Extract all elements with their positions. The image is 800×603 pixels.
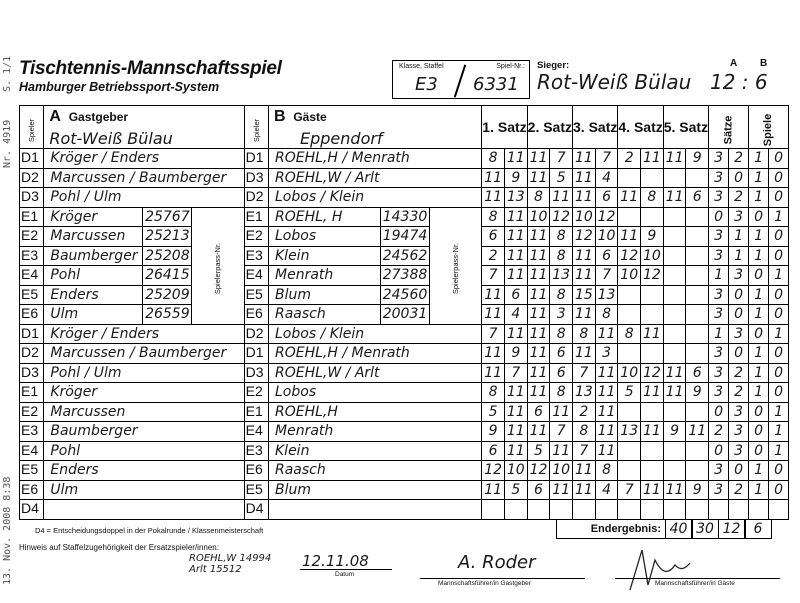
player-code-a: E1 — [20, 383, 44, 403]
score-b-satz-1 — [504, 500, 527, 520]
score-b-satz-3: 11 — [595, 324, 618, 344]
score-a-satz-3: 11 — [573, 305, 596, 325]
spiele-a: 0 — [749, 324, 769, 344]
score-a-satz-1: 7 — [482, 324, 505, 344]
player-b-name: ROEHL, H — [269, 207, 381, 227]
saetze-b: 3 — [729, 207, 749, 227]
spiele-a: 1 — [749, 305, 769, 325]
spiele-b: 1 — [769, 207, 789, 227]
saetze-a: 2 — [709, 422, 729, 442]
score-b-satz-1: 5 — [504, 480, 527, 500]
satz-3-header: 3. Satz — [573, 106, 618, 149]
singles-row: E1Kröger25767Spielerpass-Nr.E1ROEHL, H14… — [20, 207, 789, 227]
player-b-name: Lobos — [269, 227, 381, 247]
player-a-name: Marcussen — [44, 227, 143, 247]
player-code-b: E1 — [244, 402, 268, 422]
score-a-satz-2: 5 — [527, 441, 550, 461]
spiele-b: 0 — [769, 344, 789, 364]
score-a-satz-1: 7 — [482, 266, 505, 286]
end-spiele-b: 6 — [744, 519, 772, 539]
saetze-a: 3 — [709, 480, 729, 500]
score-a-satz-4 — [618, 344, 641, 364]
score-b-satz-1: 13 — [504, 188, 527, 208]
score-b-satz-4 — [641, 402, 664, 422]
player-code-a: D3 — [20, 188, 44, 208]
doubles-row: D3Pohl / UlmD2Lobos / Klein1113811116118… — [20, 188, 789, 208]
match-row: E5EndersE6Raasch121012101183010 — [20, 461, 789, 481]
player-b-pass: 27388 — [381, 266, 430, 286]
spiele-b: 0 — [769, 285, 789, 305]
spiele-b: 0 — [769, 246, 789, 266]
score-a-satz-1: 11 — [482, 344, 505, 364]
saetze-a: 3 — [709, 188, 729, 208]
match-row: D3Pohl / UlmD3ROEHL,W / Arlt117116711101… — [20, 363, 789, 383]
player-a-name: Marcussen / Baumberger — [44, 168, 244, 188]
player-b-name: Lobos — [269, 383, 482, 403]
player-a-name: Ulm — [44, 480, 244, 500]
spiele-a: 0 — [749, 207, 769, 227]
player-code-a: D2 — [20, 168, 44, 188]
score-a-satz-1: 6 — [482, 227, 505, 247]
score-b-satz-4: 10 — [641, 246, 664, 266]
score-b-satz-2: 11 — [550, 480, 573, 500]
score-a-satz-2: 8 — [527, 188, 550, 208]
score-b-satz-4 — [641, 461, 664, 481]
score-b-satz-5 — [686, 285, 709, 305]
datum-value: 12.11.08 — [302, 552, 369, 570]
score-b-satz-2: 3 — [550, 305, 573, 325]
score-a-satz-5: 11 — [663, 383, 686, 403]
spiele-a: 1 — [749, 480, 769, 500]
score-b-satz-5: 11 — [686, 422, 709, 442]
player-a-pass: 25209 — [143, 285, 192, 305]
singles-row: E4Pohl26415E4Menrath27388711111311710121… — [20, 266, 789, 286]
player-code-b: D1 — [244, 149, 268, 169]
player-b-pass: 24562 — [381, 246, 430, 266]
player-code-b: E4 — [244, 422, 268, 442]
saetze-b: 2 — [729, 149, 749, 169]
score-b-satz-1: 11 — [504, 402, 527, 422]
spiele-b: 0 — [769, 305, 789, 325]
saetze-a — [709, 500, 729, 520]
spielnr-value: 6331 — [473, 74, 519, 95]
score-a-satz-5 — [663, 285, 686, 305]
score-a-satz-4 — [618, 168, 641, 188]
score-b-satz-2: 11 — [550, 402, 573, 422]
spiele-a: 0 — [749, 441, 769, 461]
doubles-row: D1Kröger / EndersD1ROEHL,H / Menrath8111… — [20, 149, 789, 169]
match-row: D2Marcussen / BaumbergerD1ROEHL,H / Menr… — [20, 344, 789, 364]
endergebnis-label: Endergebnis: — [556, 519, 666, 539]
score-b-satz-1: 11 — [504, 441, 527, 461]
saetze-a: 0 — [709, 441, 729, 461]
player-a-pass: 25767 — [143, 207, 192, 227]
ersatz-player-2: Arlt 15512 — [189, 564, 271, 575]
player-b-name: Lobos / Klein — [269, 188, 482, 208]
score-b-satz-3: 4 — [595, 480, 618, 500]
team-b-header: B Gäste Eppendorf — [269, 106, 482, 149]
score-b-satz-4 — [641, 344, 664, 364]
spiele-b: 0 — [769, 227, 789, 247]
score-a-satz-5 — [663, 168, 686, 188]
score-a-satz-4: 11 — [618, 188, 641, 208]
player-code-a: E1 — [20, 207, 44, 227]
score-a-satz-5 — [663, 402, 686, 422]
ersatz-player-1: ROEHL,W 14994 — [189, 553, 271, 564]
player-b-name: Klein — [269, 246, 381, 266]
score-a-satz-1: 12 — [482, 461, 505, 481]
score-a-satz-1: 6 — [482, 441, 505, 461]
match-row: E6UlmE5Blum1156111147111193210 — [20, 480, 789, 500]
score-a-satz-3: 11 — [573, 246, 596, 266]
score-b-satz-3: 6 — [595, 246, 618, 266]
saetze-b: 0 — [729, 305, 749, 325]
endergebnis-box: Endergebnis: 40 30 12 6 — [556, 519, 779, 539]
score-a-satz-5 — [663, 441, 686, 461]
score-a-satz-5: 11 — [663, 363, 686, 383]
score-b-satz-3: 7 — [595, 149, 618, 169]
player-b-name: ROEHL,H / Menrath — [269, 344, 482, 364]
player-b-name: Menrath — [269, 422, 482, 442]
player-a-name: Baumberger — [44, 422, 244, 442]
score-b-satz-4 — [641, 207, 664, 227]
score-b-satz-2: 13 — [550, 266, 573, 286]
fax-datetime-stamp: 13. Nov. 2008 8:38 — [2, 477, 13, 585]
match-row: E4PohlE3Klein6115117110301 — [20, 441, 789, 461]
score-b-satz-1: 11 — [504, 266, 527, 286]
spiele-b: 0 — [769, 363, 789, 383]
spiele-a: 1 — [749, 461, 769, 481]
player-b-name: ROEHL,H — [269, 402, 482, 422]
score-b-satz-2: 7 — [550, 149, 573, 169]
score-a-satz-3: 12 — [573, 227, 596, 247]
spiele-b: 1 — [769, 324, 789, 344]
col-a-label: A — [730, 58, 737, 69]
form-title: Tischtennis-Mannschaftsspiel — [19, 58, 282, 80]
player-b-pass: 19474 — [381, 227, 430, 247]
score-a-satz-4: 5 — [618, 383, 641, 403]
spiele-a: 0 — [749, 422, 769, 442]
score-a-satz-3: 11 — [573, 168, 596, 188]
score-a-satz-1: 11 — [482, 480, 505, 500]
score-b-satz-5 — [686, 441, 709, 461]
saetze-b: 2 — [729, 480, 749, 500]
pass-label-a: Spielerpass-Nr. — [192, 207, 244, 324]
score-b-satz-3: 11 — [595, 383, 618, 403]
score-a-satz-3: 11 — [573, 149, 596, 169]
spiele-a — [749, 500, 769, 520]
score-b-satz-3: 12 — [595, 207, 618, 227]
player-b-name: Raasch — [269, 461, 482, 481]
score-a-satz-5 — [663, 227, 686, 247]
score-b-satz-3: 11 — [595, 441, 618, 461]
player-code-b: D2 — [244, 188, 268, 208]
player-b-pass: 24560 — [381, 285, 430, 305]
col-b-label: B — [760, 58, 767, 69]
spielnr-label: Spiel-Nr.: — [496, 63, 525, 70]
score-a-satz-3: 8 — [573, 422, 596, 442]
player-code-b: E6 — [244, 461, 268, 481]
sieger-value: Rot-Weiß Bülau — [537, 70, 691, 94]
host-signature-label: Mannschaftsführer/in Gastgeber — [438, 580, 531, 587]
player-code-b: E2 — [244, 383, 268, 403]
header-row: Spieler A Gastgeber Rot-Weiß Bülau Spiel… — [20, 106, 789, 149]
guest-signature-label: Mannschaftsführer/in Gäste — [655, 580, 735, 587]
score-b-satz-4 — [641, 285, 664, 305]
score-b-satz-3: 4 — [595, 168, 618, 188]
score-b-satz-5 — [686, 500, 709, 520]
score-b-satz-5 — [686, 207, 709, 227]
spiele-a: 1 — [749, 168, 769, 188]
score-a-satz-1: 11 — [482, 168, 505, 188]
score-b-satz-2: 8 — [550, 383, 573, 403]
match-row: E3BaumbergerE4Menrath9111178111311911230… — [20, 422, 789, 442]
score-a-satz-1: 2 — [482, 246, 505, 266]
score-a-satz-1: 11 — [482, 188, 505, 208]
score-a-satz-2: 11 — [527, 149, 550, 169]
spiele-a: 1 — [749, 227, 769, 247]
score-b-satz-2: 8 — [550, 285, 573, 305]
saetze-b — [729, 500, 749, 520]
score-b-satz-3: 13 — [595, 285, 618, 305]
saetze-a: 3 — [709, 363, 729, 383]
end-spiele-a: 12 — [718, 519, 746, 539]
saetze-header: Sätze — [709, 106, 749, 149]
score-b-satz-2: 6 — [550, 344, 573, 364]
score-b-satz-5: 9 — [686, 149, 709, 169]
score-b-satz-3: 6 — [595, 188, 618, 208]
score-a-satz-4 — [618, 500, 641, 520]
player-a-pass: 26415 — [143, 266, 192, 286]
player-a-name: Baumberger — [44, 246, 143, 266]
score-a-satz-2: 11 — [527, 305, 550, 325]
spiele-b: 0 — [769, 188, 789, 208]
guest-signature-line — [615, 578, 780, 579]
player-code-a: E3 — [20, 422, 44, 442]
player-b-name: ROEHL,W / Arlt — [269, 363, 482, 383]
score-a-satz-3: 15 — [573, 285, 596, 305]
spiele-header: Spiele — [749, 106, 789, 149]
singles-row: E6Ulm26559E6Raasch200311141131183010 — [20, 305, 789, 325]
saetze-a: 3 — [709, 305, 729, 325]
spiele-b: 0 — [769, 480, 789, 500]
score-b-satz-2: 12 — [550, 207, 573, 227]
saetze-b: 3 — [729, 422, 749, 442]
spieler-b-header: Spieler — [244, 106, 268, 149]
score-table: Spieler A Gastgeber Rot-Weiß Bülau Spiel… — [19, 105, 789, 520]
spiele-b: 1 — [769, 441, 789, 461]
saetze-a: 3 — [709, 149, 729, 169]
player-a-name: Kröger / Enders — [44, 149, 244, 169]
player-code-b: E5 — [244, 285, 268, 305]
score-a-satz-2: 11 — [527, 422, 550, 442]
score-b-satz-2: 8 — [550, 227, 573, 247]
saetze-b: 3 — [729, 266, 749, 286]
score-a-satz-4: 2 — [618, 149, 641, 169]
score-a-satz-3: 7 — [573, 363, 596, 383]
score-b-satz-1: 6 — [504, 285, 527, 305]
player-a-name: Kröger — [44, 383, 244, 403]
score-a-satz-5 — [663, 344, 686, 364]
score-b-satz-1: 11 — [504, 383, 527, 403]
saetze-b: 3 — [729, 324, 749, 344]
match-row: E2MarcussenE1ROEHL,H5116112110301 — [20, 402, 789, 422]
score-b-satz-3: 3 — [595, 344, 618, 364]
player-b-name: Lobos / Klein — [269, 324, 482, 344]
score-b-satz-1: 11 — [504, 246, 527, 266]
score-b-satz-4: 9 — [641, 227, 664, 247]
player-code-b: E3 — [244, 441, 268, 461]
player-code-b: D4 — [244, 500, 268, 520]
score-b-satz-3: 11 — [595, 422, 618, 442]
pass-label-b: Spielerpass-Nr. — [430, 207, 482, 324]
player-a-name: Marcussen — [44, 402, 244, 422]
score-a-satz-1: 8 — [482, 149, 505, 169]
klasse-spielnr-box: Klasse, Staffel Spiel-Nr.: E3 6331 — [392, 60, 530, 99]
score-b-satz-1: 7 — [504, 363, 527, 383]
match-row: D4D4 — [20, 500, 789, 520]
player-code-b: D2 — [244, 324, 268, 344]
spieler-a-header: Spieler — [20, 106, 44, 149]
score-b-satz-5: 9 — [686, 480, 709, 500]
satz-1-header: 1. Satz — [482, 106, 527, 149]
score-b-satz-4 — [641, 168, 664, 188]
player-a-pass: 26559 — [143, 305, 192, 325]
score-a-satz-2: 11 — [527, 168, 550, 188]
score-b-satz-5: 6 — [686, 363, 709, 383]
score-b-satz-5 — [686, 168, 709, 188]
score-b-satz-1: 11 — [504, 207, 527, 227]
saetze-b: 3 — [729, 402, 749, 422]
score-a-satz-1: 5 — [482, 402, 505, 422]
score-b-satz-4 — [641, 305, 664, 325]
saetze-a: 3 — [709, 168, 729, 188]
score-a-satz-4: 8 — [618, 324, 641, 344]
player-a-name: Enders — [44, 461, 244, 481]
score-a-satz-5 — [663, 324, 686, 344]
score-b-satz-3: 10 — [595, 227, 618, 247]
score-b-satz-2 — [550, 500, 573, 520]
score-a-satz-1 — [482, 500, 505, 520]
spiele-b: 0 — [769, 149, 789, 169]
score-a-satz-4: 13 — [618, 422, 641, 442]
player-code-a: D2 — [20, 344, 44, 364]
score-a-satz-4 — [618, 207, 641, 227]
player-code-a: E6 — [20, 305, 44, 325]
score-a-satz-4 — [618, 305, 641, 325]
player-code-b: D3 — [244, 168, 268, 188]
saetze-b: 2 — [729, 188, 749, 208]
score-b-satz-5 — [686, 227, 709, 247]
spiele-b: 1 — [769, 402, 789, 422]
score-a-satz-5: 11 — [663, 480, 686, 500]
saetze-a: 3 — [709, 383, 729, 403]
spiele-a: 0 — [749, 266, 769, 286]
score-a-satz-4 — [618, 402, 641, 422]
score-b-satz-1: 4 — [504, 305, 527, 325]
score-a-satz-2: 11 — [527, 363, 550, 383]
score-a-satz-4: 11 — [618, 227, 641, 247]
spiele-a: 1 — [749, 383, 769, 403]
player-code-b: E6 — [244, 305, 268, 325]
player-b-name: Blum — [269, 285, 381, 305]
score-b-satz-3: 8 — [595, 305, 618, 325]
team-b-name: Eppendorf — [274, 129, 481, 148]
score-a-satz-5 — [663, 246, 686, 266]
score-b-satz-4: 12 — [641, 266, 664, 286]
saetze-a: 3 — [709, 227, 729, 247]
satz-4-header: 4. Satz — [618, 106, 663, 149]
score-b-satz-4: 11 — [641, 149, 664, 169]
score-a-satz-3: 8 — [573, 324, 596, 344]
score-a-satz-4: 10 — [618, 266, 641, 286]
score-a-satz-3: 11 — [573, 188, 596, 208]
saetze-b: 2 — [729, 383, 749, 403]
spiele-a: 1 — [749, 344, 769, 364]
saetze-a: 3 — [709, 461, 729, 481]
player-code-a: E2 — [20, 402, 44, 422]
end-saetze-a: 40 — [665, 519, 693, 539]
score-b-satz-5 — [686, 344, 709, 364]
score-a-satz-4 — [618, 461, 641, 481]
score-a-satz-2: 11 — [527, 227, 550, 247]
match-row: E1KrögerE2Lobos81111813115111193210 — [20, 383, 789, 403]
player-b-name: Klein — [269, 441, 482, 461]
score-b-satz-5 — [686, 461, 709, 481]
player-code-b: E5 — [244, 480, 268, 500]
score-b-satz-5 — [686, 402, 709, 422]
saetze-a: 3 — [709, 344, 729, 364]
team-a-header: A Gastgeber Rot-Weiß Bülau — [44, 106, 244, 149]
player-a-pass: 25208 — [143, 246, 192, 266]
team-a-name: Rot-Weiß Bülau — [49, 129, 243, 148]
player-b-name: ROEHL,H / Menrath — [269, 149, 482, 169]
score-a-satz-2: 11 — [527, 383, 550, 403]
score-a-satz-4: 10 — [618, 363, 641, 383]
doubles-row: D2Marcussen / BaumbergerD3ROEHL,W / Arlt… — [20, 168, 789, 188]
spiele-a: 1 — [749, 188, 769, 208]
score-b-satz-3: 11 — [595, 363, 618, 383]
player-a-pass: 25213 — [143, 227, 192, 247]
saetze-b: 1 — [729, 246, 749, 266]
hinweis-label: Hinweis auf Staffelzugehörigkeit der Ers… — [19, 543, 219, 552]
player-b-name — [269, 500, 482, 520]
score-b-satz-4: 11 — [641, 383, 664, 403]
spiele-b: 0 — [769, 461, 789, 481]
score-b-satz-2: 11 — [550, 188, 573, 208]
player-b-pass: 14330 — [381, 207, 430, 227]
score-b-satz-5 — [686, 324, 709, 344]
score-a-satz-2: 11 — [527, 324, 550, 344]
saetze-b: 0 — [729, 168, 749, 188]
score-b-satz-1: 9 — [504, 168, 527, 188]
score-b-satz-1: 11 — [504, 149, 527, 169]
score-a-satz-2: 6 — [527, 402, 550, 422]
saetze-a: 0 — [709, 402, 729, 422]
page-stamp: S. 1/1 — [2, 56, 13, 92]
player-code-b: E2 — [244, 227, 268, 247]
score-a-satz-4 — [618, 285, 641, 305]
saetze-b: 0 — [729, 461, 749, 481]
player-code-b: E3 — [244, 246, 268, 266]
player-code-b: E4 — [244, 266, 268, 286]
player-code-a: E4 — [20, 441, 44, 461]
score-b-satz-3: 8 — [595, 461, 618, 481]
score-b-satz-4 — [641, 500, 664, 520]
score-a-satz-5: 11 — [663, 149, 686, 169]
score-b-satz-4: 12 — [641, 363, 664, 383]
score-b-satz-4: 8 — [641, 188, 664, 208]
